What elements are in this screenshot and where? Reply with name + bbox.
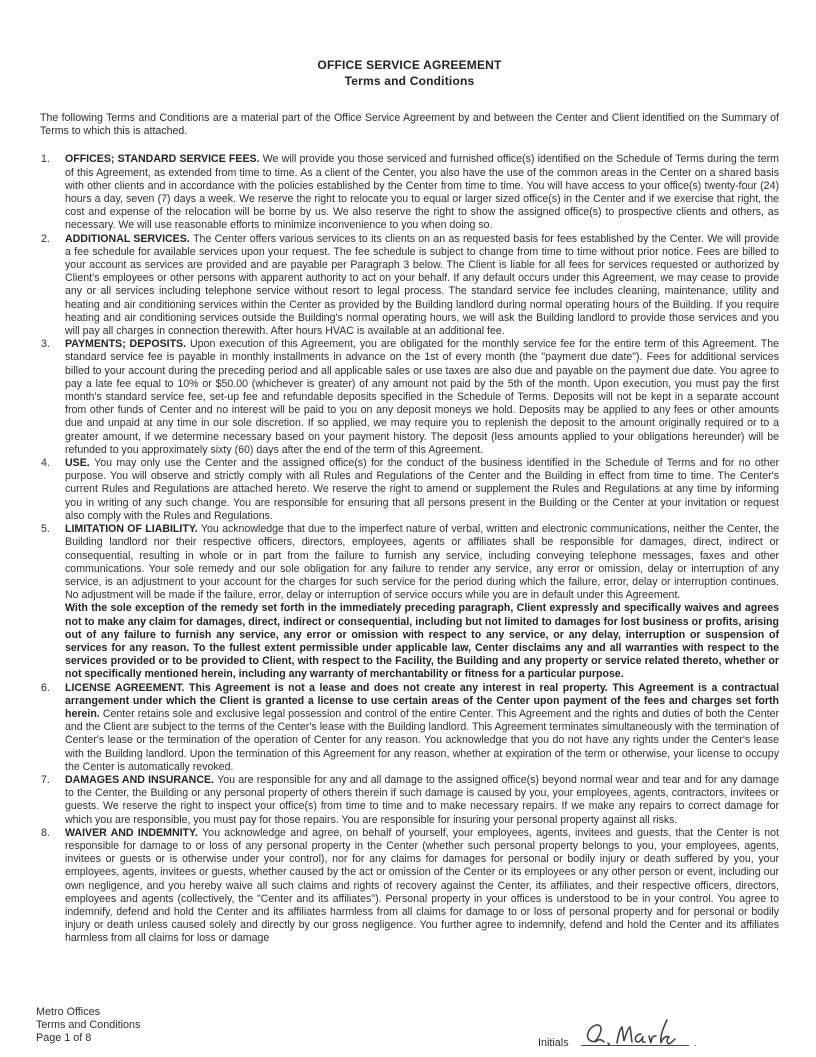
- initials-line: [581, 1024, 689, 1046]
- section-paragraph: PAYMENTS; DEPOSITS.Upon execution of thi…: [65, 338, 779, 457]
- intro-paragraph: The following Terms and Conditions are a…: [40, 112, 779, 138]
- section-additional-services: 2. ADDITIONAL SERVICES.The Center offers…: [40, 233, 779, 339]
- section-limitation-of-liability: 5. LIMITATION OF LIABILITY.You acknowled…: [40, 523, 779, 681]
- footer-doc-name: Metro Offices: [36, 1006, 140, 1019]
- section-paragraph: LIMITATION OF LIABILITY.You acknowledge …: [65, 523, 779, 602]
- section-waiver-and-indemnity: 8. WAIVER AND INDEMNITY.You acknowledge …: [40, 827, 779, 946]
- section-payments-deposits: 3. PAYMENTS; DEPOSITS.Upon execution of …: [40, 338, 779, 457]
- section-heading: USE.: [65, 457, 94, 469]
- section-damages-and-insurance: 7. DAMAGES AND INSURANCE.You are respons…: [40, 774, 779, 827]
- section-heading: WAIVER AND INDEMNITY.: [65, 827, 202, 839]
- page-content: OFFICE SERVICE AGREEMENT Terms and Condi…: [0, 0, 816, 946]
- section-heading: DAMAGES AND INSURANCE.: [65, 774, 217, 786]
- section-heading: OFFICES; STANDARD SERVICE FEES.: [65, 153, 263, 165]
- sections-list: 1. OFFICES; STANDARD SERVICE FEES.We wil…: [40, 153, 779, 945]
- title-block: OFFICE SERVICE AGREEMENT Terms and Condi…: [40, 57, 779, 89]
- section-body: The Center offers various services to it…: [65, 233, 779, 337]
- section-heading: LICENSE AGREEMENT.: [65, 682, 189, 694]
- section-paragraph: OFFICES; STANDARD SERVICE FEES.We will p…: [65, 153, 779, 232]
- section-license-agreement: 6. LICENSE AGREEMENT.This Agreement is n…: [40, 682, 779, 774]
- section-body: Upon execution of this Agreement, you ar…: [65, 338, 779, 456]
- section-heading: PAYMENTS; DEPOSITS.: [65, 338, 190, 350]
- footer-doc-type: Terms and Conditions: [36, 1019, 140, 1032]
- footer-left-block: Metro Offices Terms and Conditions Page …: [36, 1006, 140, 1046]
- liability-waiver-bold-paragraph: With the sole exception of the remedy se…: [65, 602, 779, 681]
- section-body: Center retains sole and exclusive legal …: [65, 708, 779, 773]
- section-paragraph: LICENSE AGREEMENT.This Agreement is not …: [65, 682, 779, 774]
- section-number: 5.: [41, 523, 61, 536]
- section-number: 8.: [41, 827, 61, 840]
- section-number: 3.: [41, 338, 61, 351]
- section-paragraph: DAMAGES AND INSURANCE.You are responsibl…: [65, 774, 779, 827]
- section-heading: ADDITIONAL SERVICES.: [65, 233, 193, 245]
- section-number: 6.: [41, 682, 61, 695]
- section-paragraph: WAIVER AND INDEMNITY.You acknowledge and…: [65, 827, 779, 946]
- section-body: You acknowledge and agree, on behalf of …: [65, 827, 779, 945]
- section-paragraph: ADDITIONAL SERVICES.The Center offers va…: [65, 233, 779, 339]
- section-body: You may only use the Center and the assi…: [65, 457, 779, 522]
- initials-block: Initials .: [538, 1024, 697, 1049]
- footer-page-number: Page 1 of 8: [36, 1032, 140, 1045]
- section-offices-standard-service-fees: 1. OFFICES; STANDARD SERVICE FEES.We wil…: [40, 153, 779, 232]
- document-subtitle: Terms and Conditions: [40, 73, 779, 89]
- section-number: 1.: [41, 153, 61, 166]
- section-heading: LIMITATION OF LIABILITY.: [65, 523, 201, 535]
- section-number: 4.: [41, 457, 61, 470]
- section-number: 2.: [41, 233, 61, 246]
- section-paragraph: USE.You may only use the Center and the …: [65, 457, 779, 523]
- initials-signature: [583, 1017, 701, 1051]
- document-title: OFFICE SERVICE AGREEMENT: [40, 57, 779, 73]
- section-number: 7.: [41, 774, 61, 787]
- agreement-page: OFFICE SERVICE AGREEMENT Terms and Condi…: [0, 0, 816, 1057]
- initials-label: Initials: [538, 1037, 569, 1049]
- section-use: 4. USE.You may only use the Center and t…: [40, 457, 779, 523]
